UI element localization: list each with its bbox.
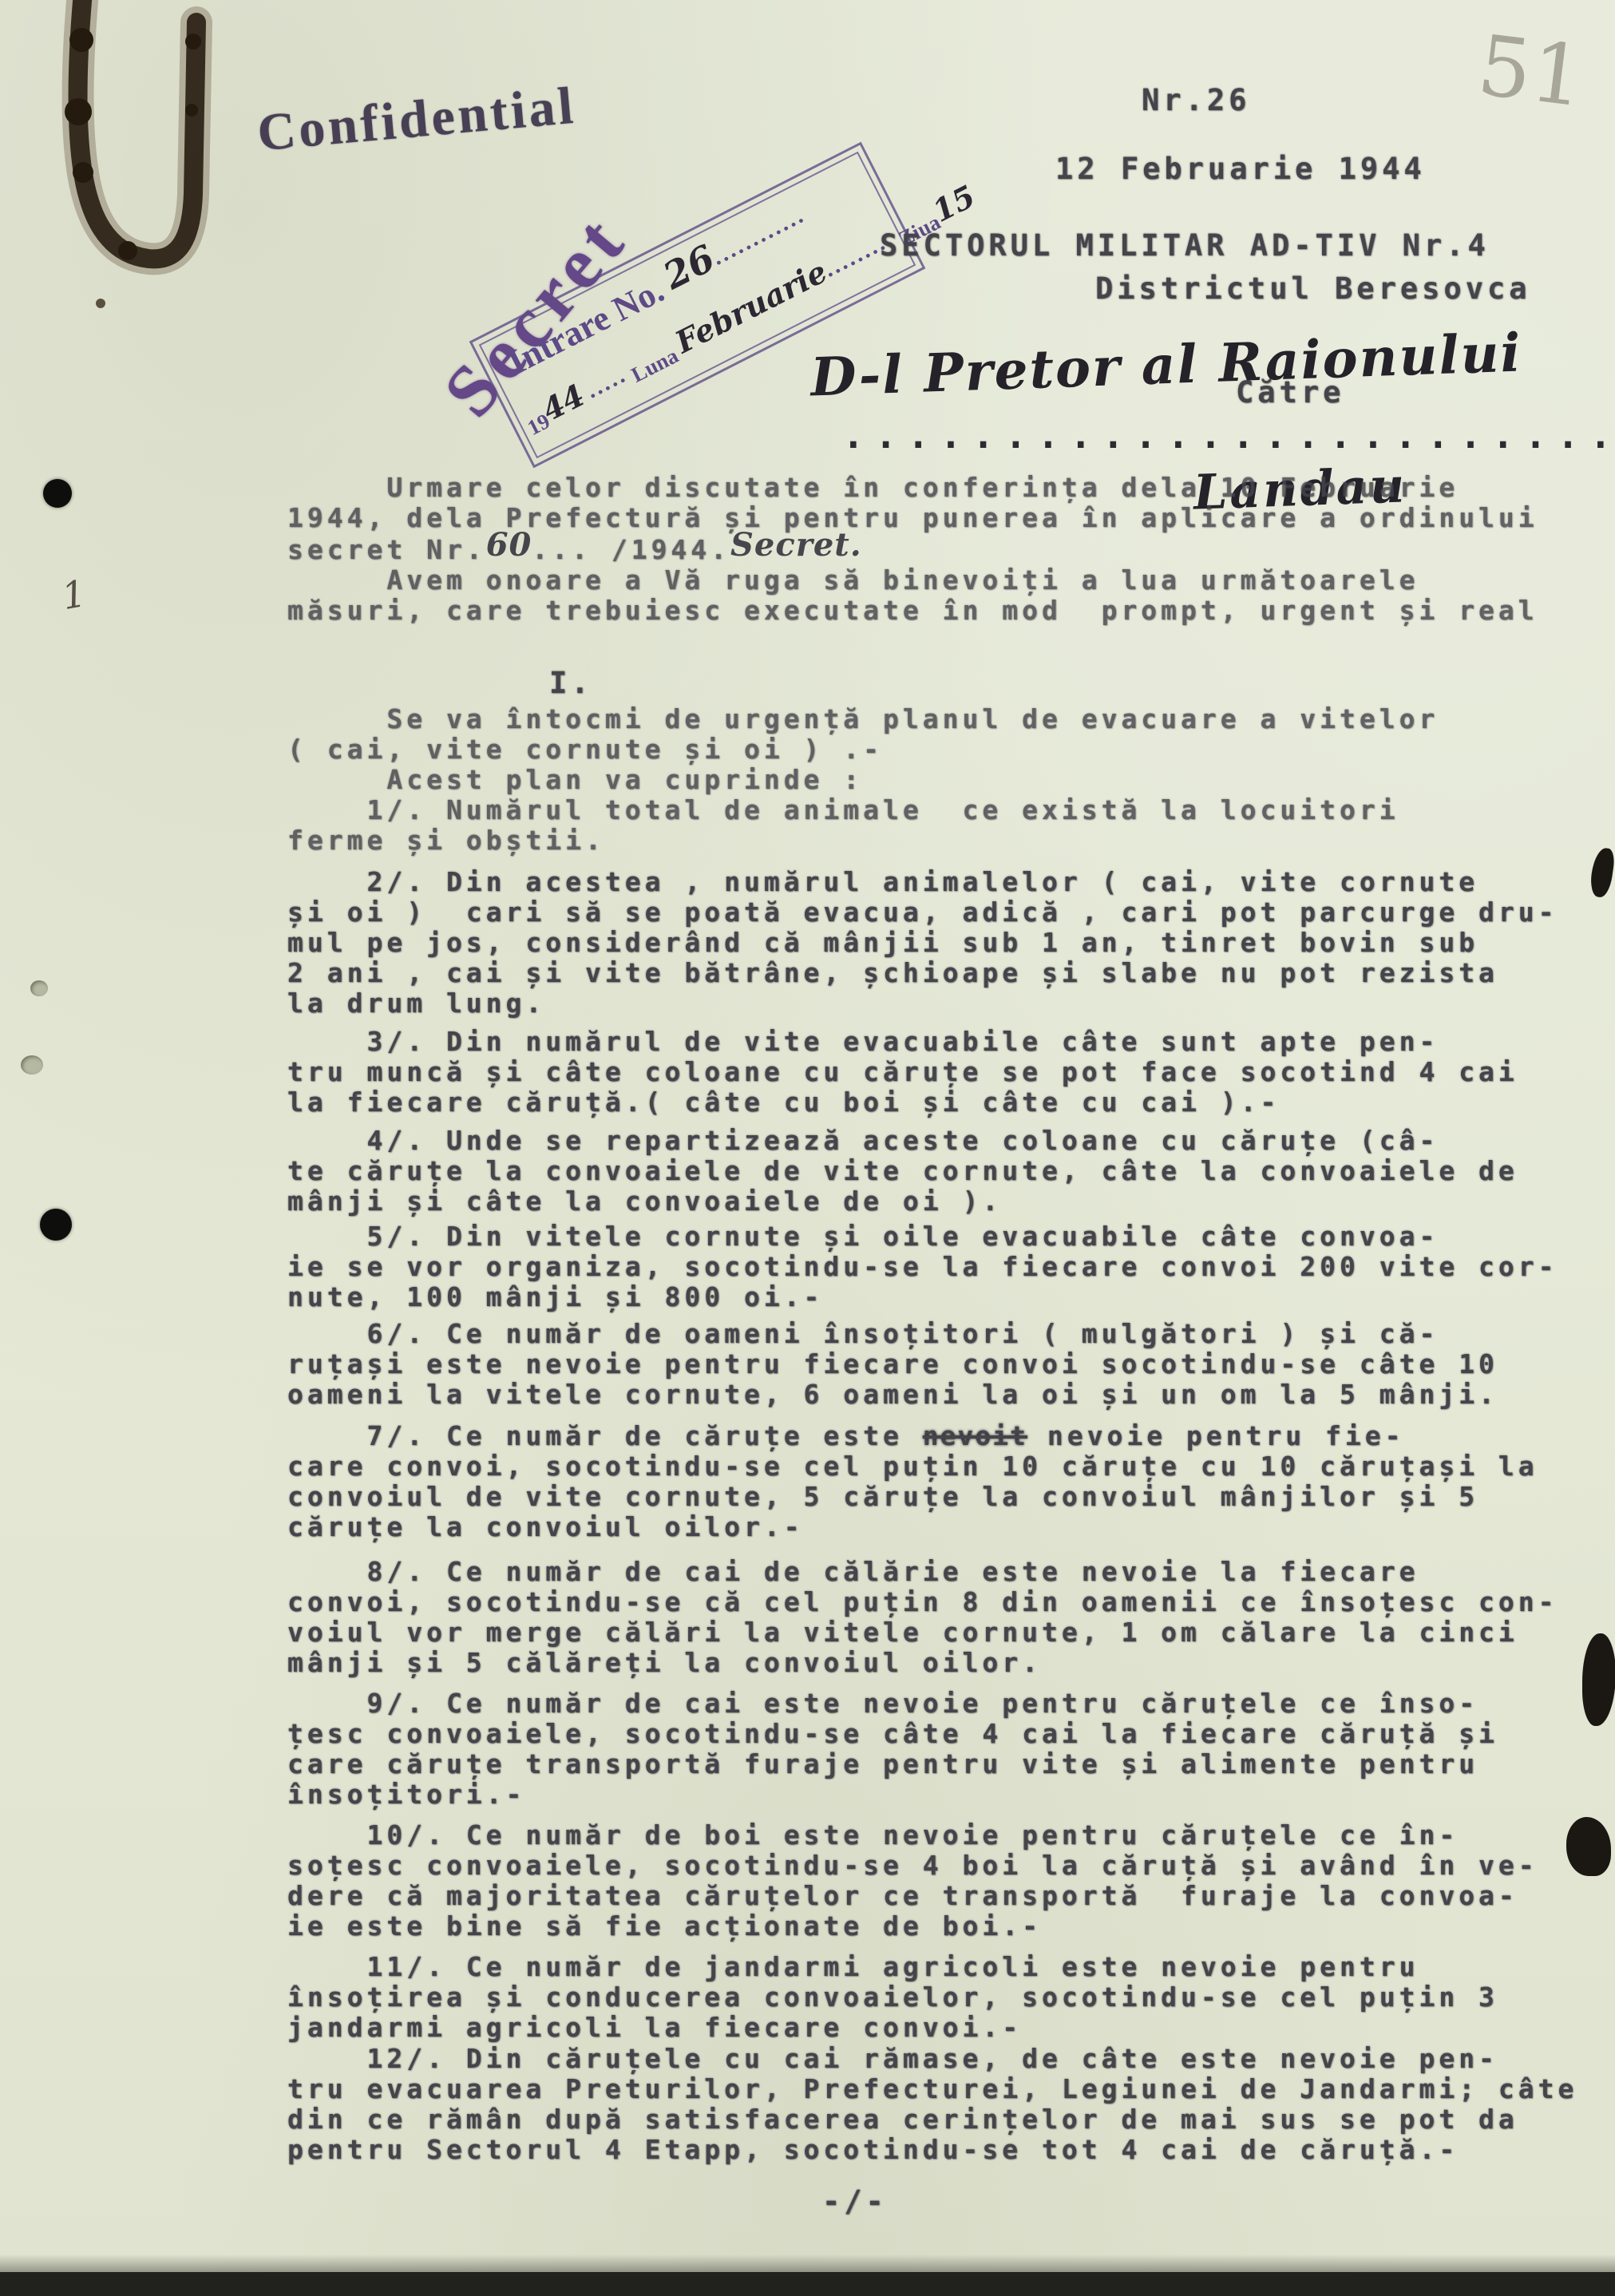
body-line: care căruțe transportă furaje pentru vit… bbox=[287, 1749, 1613, 1779]
body-line: 2/. Din acestea , numărul animalelor ( c… bbox=[287, 867, 1613, 897]
ink-stain bbox=[27, 0, 259, 326]
body-line: ruțași este nevoie pentru fiecare convoi… bbox=[287, 1349, 1613, 1380]
body-line: țesc convoaiele, socotindu-se câte 4 cai… bbox=[287, 1719, 1613, 1749]
body-line: măsuri, care trebuiesc executate în mod … bbox=[287, 596, 1613, 626]
addressee-dotted-line: ..................................... bbox=[842, 414, 1615, 457]
body-line: Urmare celor discutate în conferința del… bbox=[287, 473, 1613, 503]
document-date: 12 Februarie 1944 bbox=[1055, 152, 1426, 186]
paper-flaw bbox=[30, 980, 48, 996]
body-line: Avem onoare a Vă ruga să binevoiți a lua… bbox=[287, 565, 1613, 596]
body-line: ferme și obștii. bbox=[287, 825, 1613, 856]
page-footer-mark: -/- bbox=[822, 2184, 888, 2219]
body-line: Se va întocmi de urgență planul de evacu… bbox=[287, 704, 1613, 734]
paragraph: 6/. Ce număr de oameni însoțitori ( mulg… bbox=[287, 1319, 1613, 1410]
body-line: secret Nr.60... /1944.Secret. bbox=[287, 533, 1613, 565]
body-line: convoiul de vite cornute, 5 căruțe la co… bbox=[287, 1482, 1613, 1512]
body-line: însoțitori.- bbox=[287, 1779, 1613, 1810]
margin-note: 1 bbox=[59, 572, 89, 618]
paragraph: 12/. Din căruțele cu cai rămase, de câte… bbox=[287, 2044, 1613, 2165]
issuing-district: Districtul Beresovca bbox=[1095, 271, 1531, 306]
body-line: 7/. Ce număr de căruțe este nevoit nevoi… bbox=[287, 1421, 1613, 1451]
paragraph: 5/. Din vitele cornute și oile evacuabil… bbox=[287, 1221, 1613, 1312]
issuing-unit: SECTORUL MILITAR AD-TIV Nr.4 bbox=[880, 228, 1490, 263]
body-line: oameni la vitele cornute, 6 oameni la oi… bbox=[287, 1380, 1613, 1410]
body-line: mânji și câte la convoaiele de oi ). bbox=[287, 1186, 1613, 1217]
body-line: nute, 100 mânji și 800 oi.- bbox=[287, 1282, 1613, 1312]
section-heading: I. bbox=[549, 666, 593, 700]
body-line: 9/. Ce număr de cai este nevoie pentru c… bbox=[287, 1688, 1613, 1719]
body-line: 3/. Din numărul de vite evacuabile câte … bbox=[287, 1027, 1613, 1057]
body-line: Acest plan va cuprinde : bbox=[287, 765, 1613, 795]
body-line: și oi ) cari să se poată evacua, adică ,… bbox=[287, 897, 1613, 928]
body-line: dere că majoritatea căruțelor ce transpo… bbox=[287, 1881, 1613, 1911]
paragraph: 3/. Din numărul de vite evacuabile câte … bbox=[287, 1027, 1613, 1118]
dotted-leader: ............ bbox=[707, 201, 809, 271]
body-line: jandarmi agricoli la fiecare convoi.- bbox=[287, 2013, 1613, 2043]
body-line: tru evacuarea Preturilor, Prefecturei, L… bbox=[287, 2074, 1613, 2104]
body-line: din ce rămân după satisfacerea cerințelo… bbox=[287, 2104, 1613, 2135]
paragraph: 4/. Unde se repartizează aceste coloane … bbox=[287, 1126, 1613, 1217]
document-page: Confidential Secret Intrare No. 26......… bbox=[0, 0, 1615, 2296]
body-line: soțesc convoaiele, socotindu-se 4 boi la… bbox=[287, 1851, 1613, 1881]
body-line: tru muncă și câte coloane cu căruțe se p… bbox=[287, 1057, 1613, 1087]
handwritten-insert: 60 bbox=[486, 526, 532, 564]
body-line: 4/. Unde se repartizează aceste coloane … bbox=[287, 1126, 1613, 1156]
body-line: care convoi, socotindu-se cel puțin 10 c… bbox=[287, 1451, 1613, 1482]
paragraph: 10/. Ce număr de boi este nevoie pentru … bbox=[287, 1820, 1613, 1942]
addressee-handwritten: D-l Pretor al Raionului bbox=[809, 321, 1523, 408]
body-line: ie se vor organiza, socotindu-se la fiec… bbox=[287, 1252, 1613, 1282]
body-line: 12/. Din căruțele cu cai rămase, de câte… bbox=[287, 2044, 1613, 2074]
body-line: voiul vor merge călări la vitele cornute… bbox=[287, 1617, 1613, 1648]
luna-label: Luna bbox=[627, 343, 682, 387]
punch-hole bbox=[40, 1209, 72, 1241]
document-number: Nr.26 bbox=[1142, 83, 1250, 117]
body-line: 2 ani , cai și vite bătrâne, șchioape și… bbox=[287, 958, 1613, 988]
body-line: te căruțe la convoaiele de vite cornute,… bbox=[287, 1156, 1613, 1186]
struck-out-word: nevoit bbox=[923, 1420, 1027, 1451]
body-line: mânji și 5 călăreți la convoiul oilor. bbox=[287, 1648, 1613, 1678]
body-line: 6/. Ce număr de oameni însoțitori ( mulg… bbox=[287, 1319, 1613, 1349]
paragraph: 2/. Din acestea , numărul animalelor ( c… bbox=[287, 867, 1613, 1019]
body-line: căruțe la convoiul oilor.- bbox=[287, 1512, 1613, 1542]
paragraph: 1/. Numărul total de animale ce există l… bbox=[287, 795, 1613, 856]
paper-flaw bbox=[21, 1055, 43, 1075]
paper-bottom-shadow bbox=[0, 2254, 1615, 2272]
handwritten-insert: Secret. bbox=[730, 526, 862, 564]
paragraph: Se va întocmi de urgență planul de evacu… bbox=[287, 704, 1613, 795]
punch-hole bbox=[43, 479, 72, 508]
body-line: 10/. Ce număr de boi este nevoie pentru … bbox=[287, 1820, 1613, 1851]
dotted-leader: ..... bbox=[582, 361, 631, 403]
body-line: 1/. Numărul total de animale ce există l… bbox=[287, 795, 1613, 825]
body-line: la fiecare căruță.( câte cu boi și câte … bbox=[287, 1087, 1613, 1118]
body-line: 11/. Ce număr de jandarmi agricoli este … bbox=[287, 1952, 1613, 1982]
pencil-folio-number: 51 bbox=[1473, 16, 1589, 125]
body-line: însoțirea și conducerea convoaielor, soc… bbox=[287, 1982, 1613, 2013]
paragraph: 7/. Ce număr de căruțe este nevoit nevoi… bbox=[287, 1421, 1613, 1542]
body-line: 8/. Ce număr de cai de călărie este nevo… bbox=[287, 1557, 1613, 1587]
body-line: la drum lung. bbox=[287, 988, 1613, 1019]
body-line: ie este bine să fie acționate de boi.- bbox=[287, 1911, 1613, 1942]
scan-background-strip bbox=[0, 2272, 1615, 2296]
paragraph: 8/. Ce număr de cai de călărie este nevo… bbox=[287, 1557, 1613, 1678]
paragraph: 11/. Ce număr de jandarmi agricoli este … bbox=[287, 1952, 1613, 2043]
paragraph: 9/. Ce număr de cai este nevoie pentru c… bbox=[287, 1688, 1613, 1810]
body-line: 5/. Din vitele cornute și oile evacuabil… bbox=[287, 1221, 1613, 1252]
paragraph: Urmare celor discutate în conferința del… bbox=[287, 473, 1613, 626]
body-line: ( cai, vite cornute și oi ) .- bbox=[287, 734, 1613, 765]
body-line: pentru Sectorul 4 Etapp, socotindu-se to… bbox=[287, 2135, 1613, 2165]
body-line: convoi, socotindu-se că cel puțin 8 din … bbox=[287, 1587, 1613, 1617]
body-line: mul pe jos, considerând că mânjii sub 1 … bbox=[287, 928, 1613, 958]
confidential-stamp: Confidential bbox=[255, 76, 578, 164]
